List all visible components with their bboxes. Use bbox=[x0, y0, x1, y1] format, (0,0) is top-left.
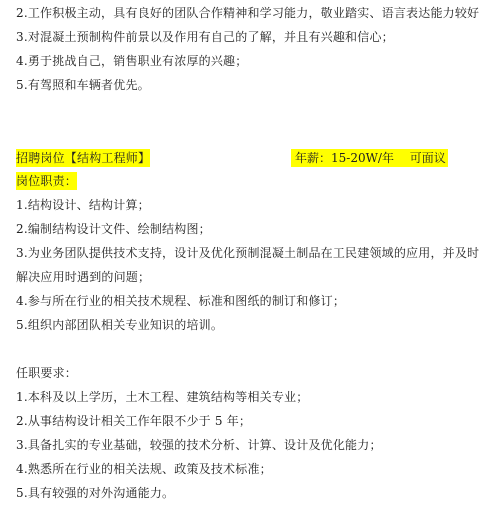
duty-item: 1.结构设计、结构计算； bbox=[16, 196, 150, 214]
prev-item-2: 2.工作积极主动，具有良好的团队合作精神和学习能力，敬业踏实、语言表达能力较好； bbox=[16, 4, 479, 22]
duty-item: 2.编制结构设计文件、绘制结构图； bbox=[16, 220, 211, 238]
duty-item: 5.组织内部团队相关专业知识的培训。 bbox=[16, 316, 223, 334]
job-title: 招聘岗位【结构工程师】 bbox=[16, 149, 150, 167]
requirement-item: 5.具有较强的对外沟通能力。 bbox=[16, 484, 174, 502]
salary-label: 年薪：15-20W/年 可面议 bbox=[291, 149, 448, 167]
prev-item-3: 3.对混凝土预制构件前景以及作用有自己的了解，并且有兴趣和信心； bbox=[16, 28, 394, 46]
requirement-item: 4.熟悉所在行业的相关法规、政策及技术标准； bbox=[16, 460, 272, 478]
requirement-item: 3.具备扎实的专业基础，较强的技术分析、计算、设计及优化能力； bbox=[16, 436, 382, 454]
duty-item-continued: 解决应用时遇到的问题； bbox=[16, 268, 150, 286]
requirements-heading: 任职要求： bbox=[16, 364, 77, 382]
duty-item: 4.参与所在行业的相关技术规程、标准和图纸的制订和修订； bbox=[16, 292, 345, 310]
requirement-item: 2.从事结构设计相关工作年限不少于 5 年； bbox=[16, 412, 251, 430]
duty-item: 3.为业务团队提供技术支持，设计及优化预制混凝土制品在工民建领域的应用，并及时 bbox=[16, 244, 479, 262]
requirement-item: 1.本科及以上学历，土木工程、建筑结构等相关专业； bbox=[16, 388, 308, 406]
prev-item-4: 4.勇于挑战自己，销售职业有浓厚的兴趣； bbox=[16, 52, 247, 70]
prev-item-5: 5.有驾照和车辆者优先。 bbox=[16, 76, 150, 94]
duties-heading: 岗位职责： bbox=[16, 172, 77, 190]
